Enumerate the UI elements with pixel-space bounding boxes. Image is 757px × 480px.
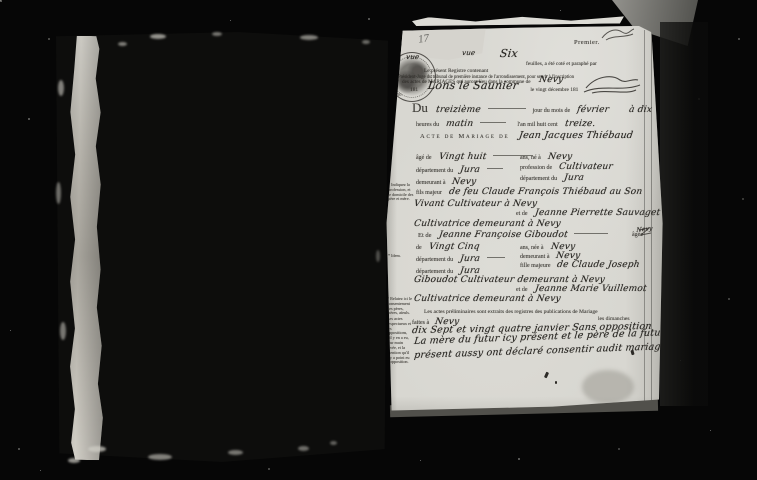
sheet-count-handwritten: Six xyxy=(500,45,518,61)
place-handwritten: Lons le Saunier xyxy=(427,80,519,91)
margin-note-2: * Idem. xyxy=(388,254,414,259)
book-fore-edge xyxy=(660,22,708,406)
mottling xyxy=(298,446,309,451)
fill-stroke xyxy=(487,257,505,258)
pencil-number-text: 17 xyxy=(417,32,430,45)
archival-annotation-b: vue xyxy=(462,43,475,59)
act-title-line: Acte de Mariage de Jean Jacques Thiébaud xyxy=(420,126,633,142)
mottling xyxy=(58,80,64,96)
fill-stroke xyxy=(480,122,506,123)
margin-note-1: * Indiquez la profession, et le domicile… xyxy=(388,183,414,202)
folio-label: Premier. xyxy=(574,32,600,48)
page-top-edge-sliver xyxy=(412,15,624,27)
fill-stroke xyxy=(488,108,526,109)
pencil-folio-number: 17 xyxy=(417,29,430,46)
gray-smudge xyxy=(582,370,634,404)
bride-father-line: fille majeure de Claude Joseph xyxy=(520,255,640,271)
stamp-label: EXP xyxy=(387,67,394,79)
mottling xyxy=(88,446,106,452)
mottling xyxy=(376,250,380,262)
mottling xyxy=(118,42,127,46)
mottling xyxy=(330,441,337,445)
mottling xyxy=(68,458,80,463)
mottling xyxy=(228,450,243,455)
mottling xyxy=(362,40,370,44)
du-printed: Du xyxy=(412,100,428,115)
revenue-stamp: EXP 50 xyxy=(388,52,436,102)
groom-name-handwritten: Jean Jacques Thiébaud xyxy=(519,131,634,141)
mottling xyxy=(56,182,61,204)
act-title-printed: Acte de Mariage de xyxy=(420,133,509,140)
fill-stroke xyxy=(574,233,608,234)
paraphe-flourish-top xyxy=(600,26,636,44)
microfilm-scan: 17 Premier. vue vue Six feuilles, a été … xyxy=(0,0,757,480)
ink-speck xyxy=(544,372,549,379)
register-page: 17 Premier. vue vue Six feuilles, a été … xyxy=(386,26,664,420)
right-margin-mark xyxy=(638,227,652,239)
margin-note-4: Les actes respectueux et les oppositions… xyxy=(387,317,413,365)
margin-note-3: * Relatez ici le consentement des pères,… xyxy=(387,297,413,316)
signature-flourish xyxy=(582,72,642,96)
hour-handwritten: à dix xyxy=(628,106,652,115)
film-speckles-small xyxy=(0,0,1,1)
fill-stroke xyxy=(487,168,503,169)
mottling xyxy=(300,35,318,40)
mottling xyxy=(148,454,172,460)
ink-speck xyxy=(555,381,557,384)
mottling xyxy=(212,32,222,36)
register-cover xyxy=(56,32,388,462)
mottling xyxy=(60,322,66,340)
stamp-value: 50 xyxy=(397,92,402,97)
mottling xyxy=(150,34,166,39)
